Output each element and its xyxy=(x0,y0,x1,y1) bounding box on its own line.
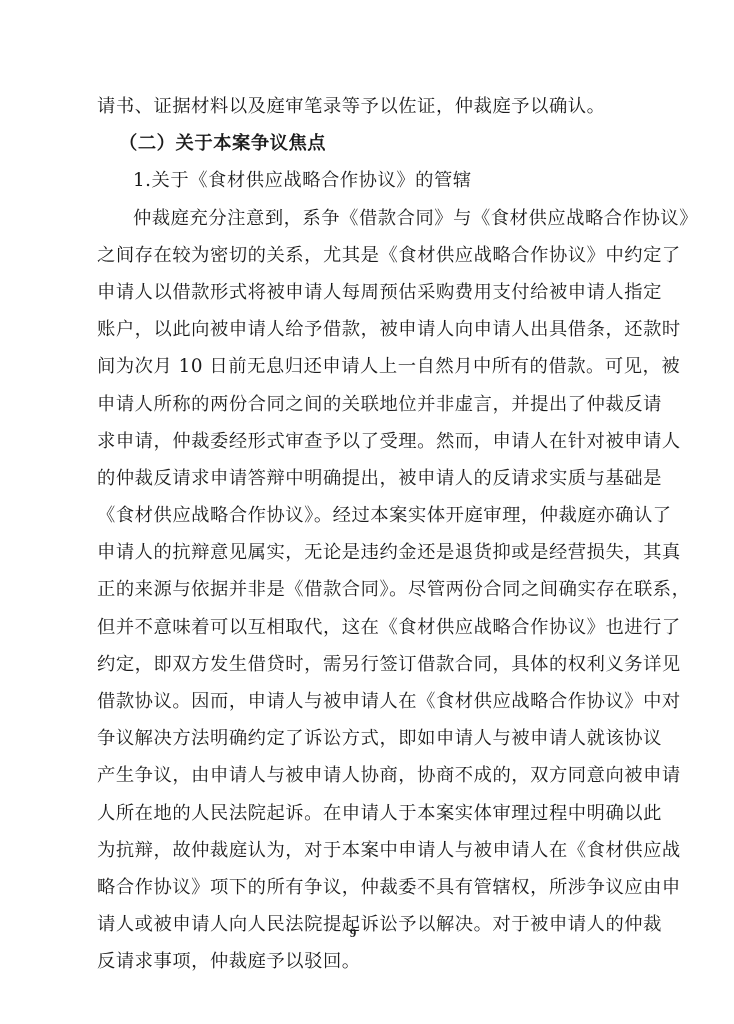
paragraph-line: 的仲裁反请求申请答辩中明确提出，被申请人的反请求实质与基础是 xyxy=(97,460,617,497)
paragraph-line: 间为次月 10 日前无息归还申请人上一自然月中所有的借款。可见，被 xyxy=(97,348,617,385)
paragraph-line: 为抗辩，故仲裁庭认为，对于本案中申请人与被申请人在《食材供应战 xyxy=(97,832,617,869)
paragraph-line: 略合作协议》项下的所有争议，仲裁委不具有管辖权，所涉争议应由申 xyxy=(97,869,617,906)
paragraph-line: 约定，即双方发生借贷时，需另行签订借款合同，具体的权利义务详见 xyxy=(97,646,617,683)
paragraph-line: 申请人以借款形式将被申请人每周预估采购费用支付给被申请人指定 xyxy=(97,274,617,311)
paragraph-line: 争议解决方法明确约定了诉讼方式，即如申请人与被申请人就该协议 xyxy=(97,720,617,757)
paragraph-line: 仲裁庭充分注意到，系争《借款合同》与《食材供应战略合作协议》 xyxy=(97,200,617,237)
paragraph-line: 申请人所称的两份合同之间的关联地位并非虚言，并提出了仲裁反请 xyxy=(97,386,617,423)
paragraph-line: 之间存在较为密切的关系，尤其是《食材供应战略合作协议》中约定了 xyxy=(97,237,617,274)
body-text: 请书、证据材料以及庭审笔录等予以佐证，仲裁庭予以确认。 （二）关于本案争议焦点 … xyxy=(97,88,617,981)
paragraph-line: 产生争议，由申请人与被申请人协商，协商不成的，双方同意向被申请 xyxy=(97,757,617,794)
paragraph-line: 正的来源与依据并非是《借款合同》。尽管两份合同之间确实存在联系， xyxy=(97,571,617,608)
subsection-heading: 1.关于《食材供应战略合作协议》的管辖 xyxy=(97,162,617,199)
paragraph-line: 账户，以此向被申请人给予借款，被申请人向申请人出具借条，还款时 xyxy=(97,311,617,348)
paragraph-line: 借款协议。因而，申请人与被申请人在《食材供应战略合作协议》中对 xyxy=(97,683,617,720)
paragraph-line: 《食材供应战略合作协议》。经过本案实体开庭审理，仲裁庭亦确认了 xyxy=(97,497,617,534)
document-page: 请书、证据材料以及庭审笔录等予以佐证，仲裁庭予以确认。 （二）关于本案争议焦点 … xyxy=(0,0,734,1024)
paragraph-line: 人所在地的人民法院起诉。在申请人于本案实体审理过程中明确以此 xyxy=(97,795,617,832)
paragraph-line: 请书、证据材料以及庭审笔录等予以佐证，仲裁庭予以确认。 xyxy=(97,88,617,125)
page-number: 9 xyxy=(346,925,360,941)
paragraph-line: 申请人的抗辩意见属实，无论是违约金还是退货抑或是经营损失，其真 xyxy=(97,534,617,571)
paragraph-line: 但并不意味着可以互相取代，这在《食材供应战略合作协议》也进行了 xyxy=(97,609,617,646)
paragraph-line: 反请求事项，仲裁庭予以驳回。 xyxy=(97,943,617,980)
paragraph-line: 求申请，仲裁委经形式审查予以了受理。然而，申请人在针对被申请人 xyxy=(97,423,617,460)
section-heading: （二）关于本案争议焦点 xyxy=(97,125,617,162)
